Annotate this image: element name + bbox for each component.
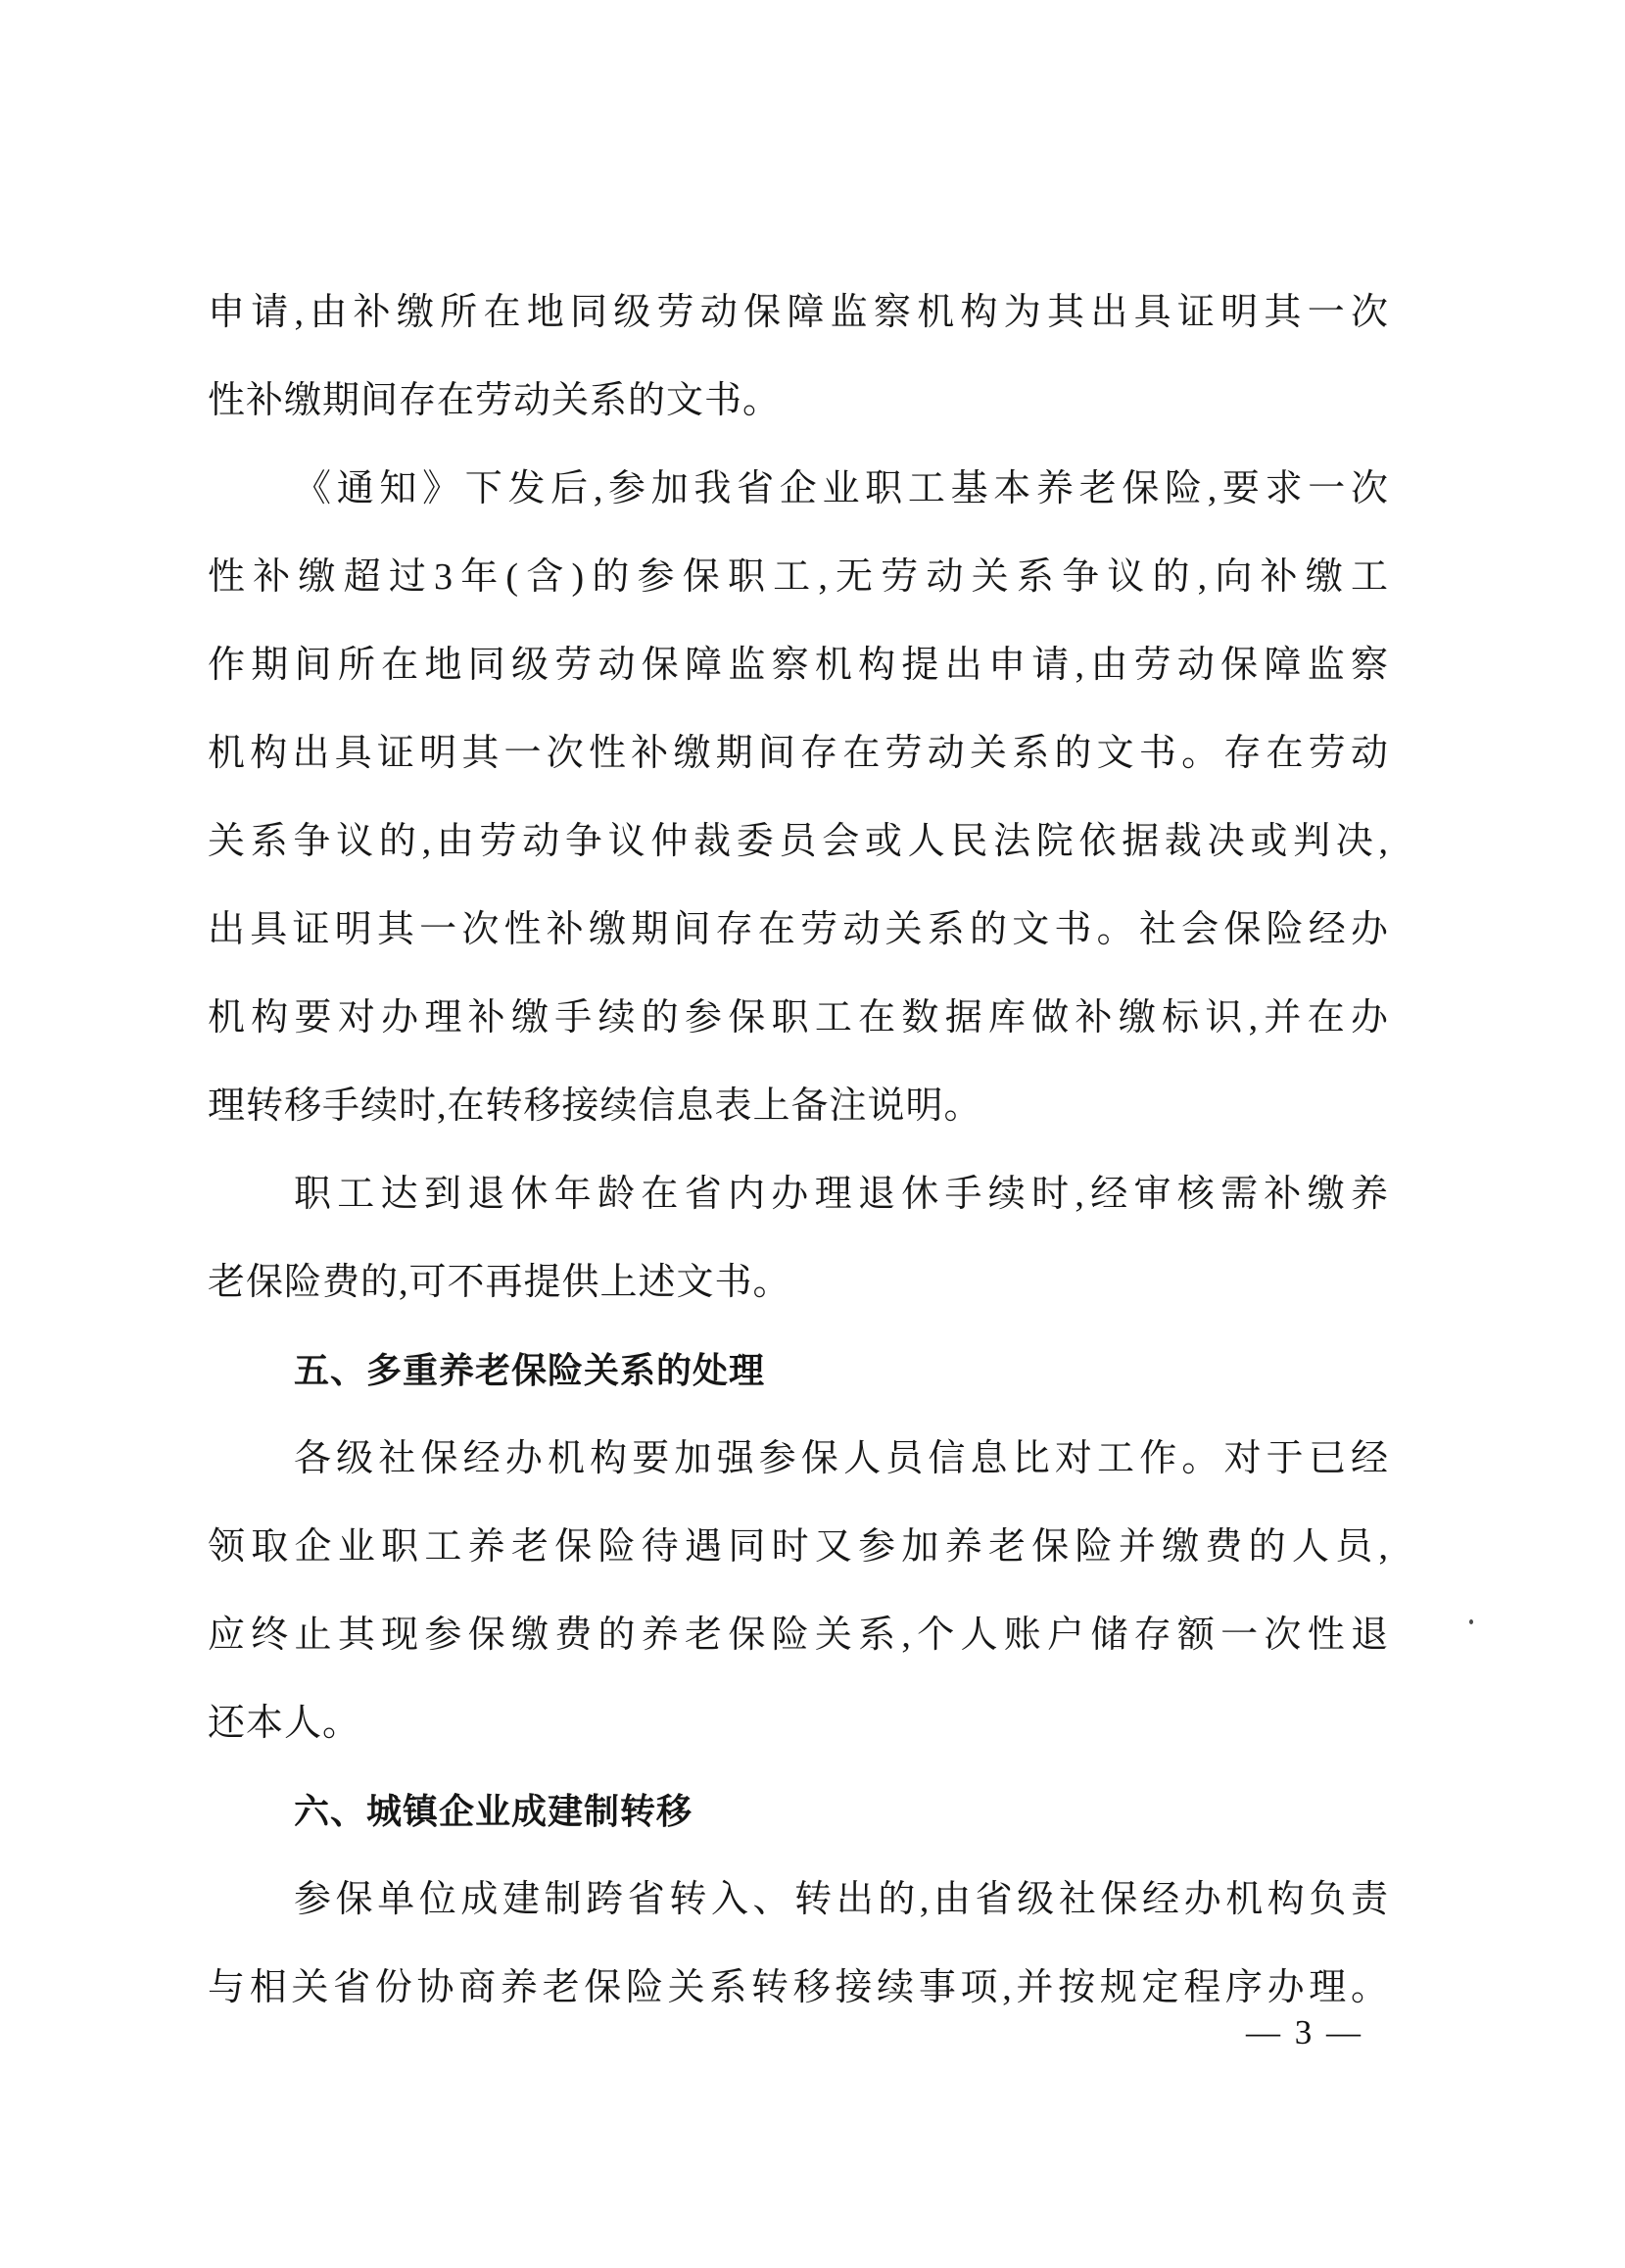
- scan-speck: [1469, 1619, 1473, 1624]
- text-line: 性补缴期间存在劳动关系的文书。: [208, 357, 1389, 445]
- text-line: 性补缴超过3年(含)的参保职工,无劳动关系争议的,向补缴工: [208, 533, 1389, 621]
- text-line: 申请,由补缴所在地同级劳动保障监察机构为其出具证明其一次: [208, 268, 1389, 357]
- text-line: 理转移手续时,在转移接续信息表上备注说明。: [208, 1062, 1389, 1150]
- text-line: 老保险费的,可不再提供上述文书。: [208, 1238, 1389, 1327]
- paragraph: 参保单位成建制跨省转入、转出的,由省级社保经办机构负责与相关省份协商养老保险关系…: [208, 1856, 1389, 2032]
- paragraph: 职工达到退休年龄在省内办理退休手续时,经审核需补缴养老保险费的,可不再提供上述文…: [208, 1150, 1389, 1327]
- text-line: 各级社保经办机构要加强参保人员信息比对工作。对于已经: [208, 1415, 1389, 1503]
- text-line: 机构要对办理补缴手续的参保职工在数据库做补缴标识,并在办: [208, 974, 1389, 1062]
- section-heading: 六、城镇企业成建制转移: [208, 1767, 1389, 1856]
- section-heading: 五、多重养老保险关系的处理: [208, 1327, 1389, 1415]
- page-number: — 3 —: [1246, 2014, 1363, 2052]
- text-line: 参保单位成建制跨省转入、转出的,由省级社保经办机构负责: [208, 1856, 1389, 1944]
- text-line: 《通知》下发后,参加我省企业职工基本养老保险,要求一次: [208, 445, 1389, 533]
- text-line: 出具证明其一次性补缴期间存在劳动关系的文书。社会保险经办: [208, 886, 1389, 974]
- text-column: 申请,由补缴所在地同级劳动保障监察机构为其出具证明其一次性补缴期间存在劳动关系的…: [208, 268, 1389, 2032]
- text-line: 关系争议的,由劳动争议仲裁委员会或人民法院依据裁决或判决,: [208, 797, 1389, 886]
- paragraph: 《通知》下发后,参加我省企业职工基本养老保险,要求一次性补缴超过3年(含)的参保…: [208, 445, 1389, 1150]
- text-line: 职工达到退休年龄在省内办理退休手续时,经审核需补缴养: [208, 1150, 1389, 1238]
- text-line: 还本人。: [208, 1679, 1389, 1767]
- text-line: 与相关省份协商养老保险关系转移接续事项,并按规定程序办理。: [208, 1944, 1389, 2032]
- paragraph: 各级社保经办机构要加强参保人员信息比对工作。对于已经领取企业职工养老保险待遇同时…: [208, 1415, 1389, 1767]
- text-line: 应终止其现参保缴费的养老保险关系,个人账户储存额一次性退: [208, 1591, 1389, 1679]
- text-line: 领取企业职工养老保险待遇同时又参加养老保险并缴费的人员,: [208, 1503, 1389, 1591]
- document-page: 申请,由补缴所在地同级劳动保障监察机构为其出具证明其一次性补缴期间存在劳动关系的…: [0, 0, 1625, 2268]
- text-line: 机构出具证明其一次性补缴期间存在劳动关系的文书。存在劳动: [208, 709, 1389, 797]
- paragraph: 申请,由补缴所在地同级劳动保障监察机构为其出具证明其一次性补缴期间存在劳动关系的…: [208, 268, 1389, 445]
- text-line: 作期间所在地同级劳动保障监察机构提出申请,由劳动保障监察: [208, 621, 1389, 709]
